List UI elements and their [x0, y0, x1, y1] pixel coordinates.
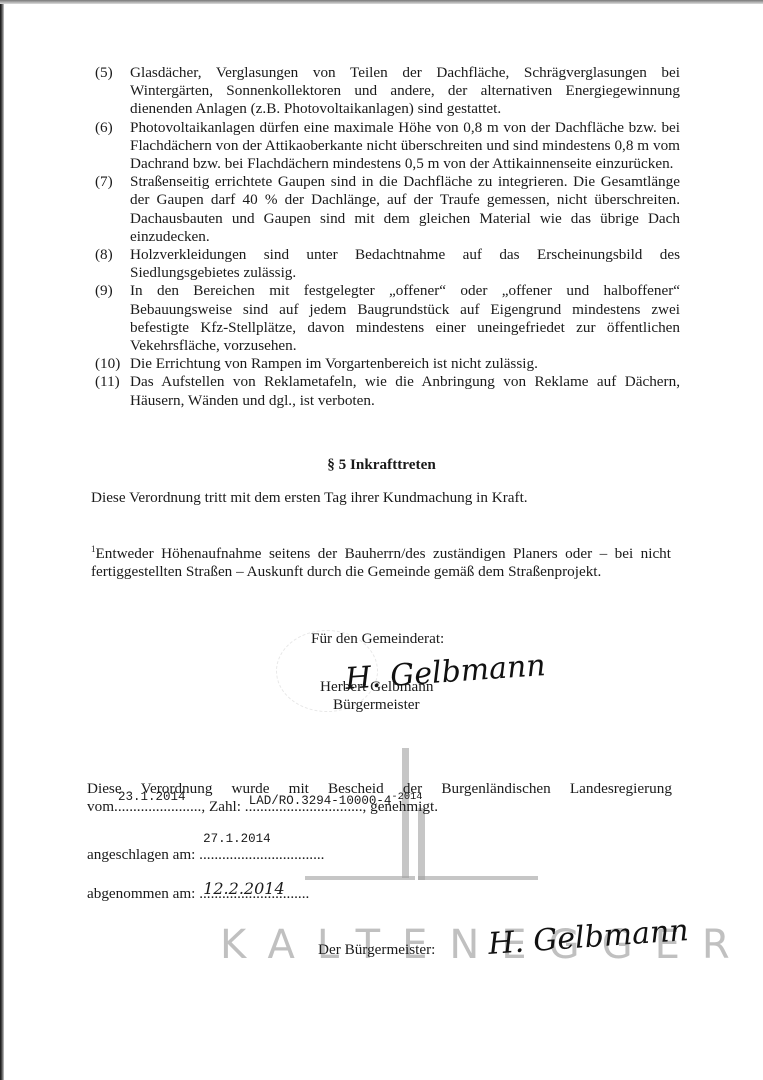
approval-number: LAD/RO.3294-10000-4-2014	[249, 788, 423, 810]
approval-word: Landesregierung	[570, 780, 672, 798]
taken-down-date: 12.2.2014	[203, 879, 284, 898]
approval-statement: DieseVerordnungwurdemitBescheidderBurgen…	[87, 780, 672, 816]
provision-text: Die Errichtung von Rampen im Vorgartenbe…	[130, 355, 680, 373]
provision-number: (7)	[95, 173, 130, 246]
provision-number: (10)	[95, 355, 130, 373]
watermark-bar	[418, 876, 538, 880]
watermark-bar	[418, 808, 425, 880]
provision-number: (11)	[95, 373, 130, 409]
footnote: 1Entweder Höhenaufnahme seitens der Bauh…	[91, 540, 671, 581]
provision-number: (8)	[95, 246, 130, 282]
watermark-bar	[305, 876, 415, 880]
posted-line: angeschlagen am: .......................…	[87, 846, 324, 864]
scan-edge	[0, 0, 4, 1080]
section-heading: § 5 Inkrafttreten	[0, 456, 763, 474]
posted-label: angeschlagen am:	[87, 846, 195, 863]
footnote-text: Entweder Höhenaufnahme seitens der Bauhe…	[91, 545, 671, 580]
signatory-title: Bürgermeister	[300, 696, 520, 714]
provision-text: Straßenseitig errichtete Gaupen sind in …	[130, 173, 680, 246]
provisions-list: (5)Glasdächer, Verglasungen von Teilen d…	[95, 64, 680, 410]
provision-item: (7)Straßenseitig errichtete Gaupen sind …	[95, 173, 680, 246]
approval-date: 23.1.2014	[118, 788, 186, 806]
provision-item: (11)Das Aufstellen von Reklametafeln, wi…	[95, 373, 680, 409]
provision-text: Photovoltaikanlagen dürfen eine maximale…	[130, 119, 680, 174]
posted-date: 27.1.2014	[203, 832, 271, 846]
provision-number: (6)	[95, 119, 130, 174]
provision-text: In den Bereichen mit festgelegter „offen…	[130, 282, 680, 355]
taken-down-label: abgenommen am:	[87, 885, 195, 902]
taken-down-line: abgenommen am: .........................…	[87, 885, 309, 903]
vom-label: vom	[87, 798, 114, 815]
provision-number: (5)	[95, 64, 130, 119]
provision-item: (9)In den Bereichen mit festgelegter „of…	[95, 282, 680, 355]
provision-item: (5)Glasdächer, Verglasungen von Teilen d…	[95, 64, 680, 119]
zahl-label: , Zahl:	[201, 798, 241, 815]
approval-word: Burgenländischen	[441, 780, 550, 798]
scan-edge-top	[0, 0, 763, 4]
provision-text: Holzverkleidungen sind unter Bedachtnahm…	[130, 246, 680, 282]
provision-item: (6)Photovoltaikanlagen dürfen eine maxim…	[95, 119, 680, 174]
provision-item: (8)Holzverkleidungen sind unter Bedachtn…	[95, 246, 680, 282]
provision-number: (9)	[95, 282, 130, 355]
provision-item: (10)Die Errichtung von Rampen im Vorgart…	[95, 355, 680, 373]
provision-text: Das Aufstellen von Reklametafeln, wie di…	[130, 373, 680, 409]
mayor-label: Der Bürgermeister:	[318, 941, 435, 959]
provision-text: Glasdächer, Verglasungen von Teilen der …	[130, 64, 680, 119]
approval-word: Diese	[87, 780, 122, 798]
section-text: Diese Verordnung tritt mit dem ersten Ta…	[91, 489, 528, 507]
signature-for-label: Für den Gemeinderat:	[300, 630, 520, 648]
